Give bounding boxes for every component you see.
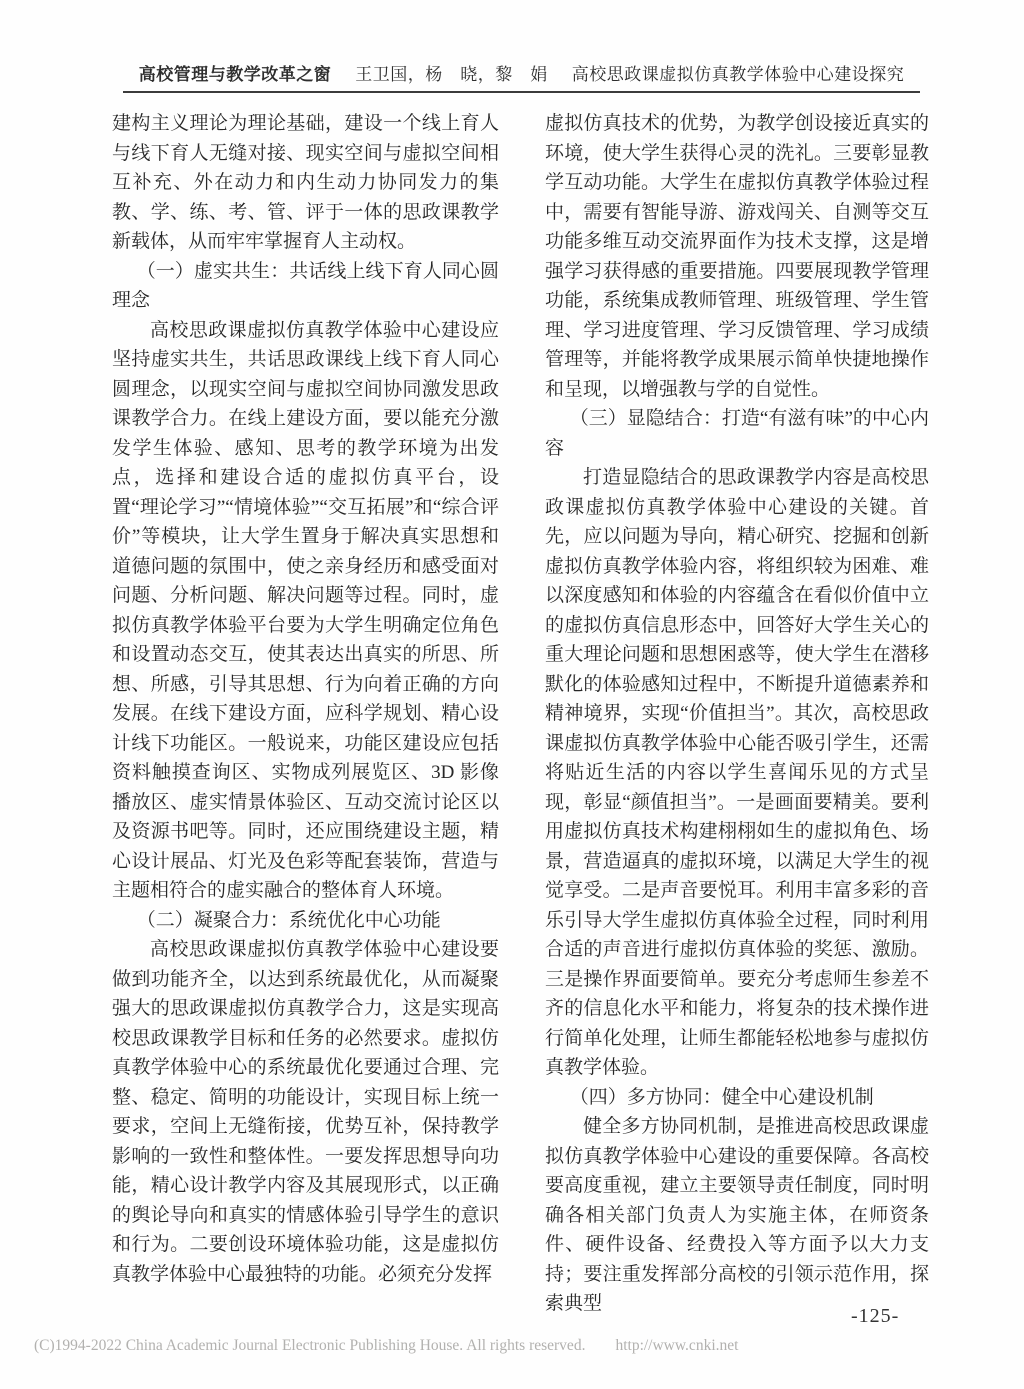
- copyright-footer: (C)1994-2022 China Academic Journal Elec…: [34, 1337, 738, 1355]
- author-names: 王卫国，杨 晓，黎 娟: [355, 65, 548, 84]
- section-heading: （二）凝聚合力：系统优化中心功能: [112, 906, 499, 936]
- right-text-column: 虚拟仿真技术的优势，为教学创设接近真实的环境，使大学生获得心灵的洗礼。三要彰显教…: [545, 109, 929, 1319]
- journal-column-label: 高校管理与教学改革之窗: [139, 65, 332, 84]
- section-heading: （四）多方协同：健全中心建设机制: [545, 1083, 929, 1113]
- body-paragraph: 高校思政课虚拟仿真教学体验中心建设要做到功能齐全，以达到系统最优化，从而凝聚强大…: [112, 935, 499, 1289]
- header-divider-rule: [123, 91, 920, 93]
- body-paragraph: 打造显隐结合的思政课教学内容是高校思政课虚拟仿真教学体验中心建设的关键。首先，应…: [545, 463, 929, 1083]
- section-heading: （一）虚实共生：共话线上线下育人同心圆理念: [112, 257, 499, 316]
- page-number: -125-: [851, 1305, 899, 1328]
- cnki-url-text: http://www.cnki.net: [615, 1337, 738, 1354]
- body-paragraph: 健全多方协同机制，是推进高校思政课虚拟仿真教学体验中心建设的重要保障。各高校要高…: [545, 1112, 929, 1319]
- copyright-text: (C)1994-2022 China Academic Journal Elec…: [34, 1337, 585, 1354]
- left-text-column: 建构主义理论为理论基础，建设一个线上育人与线下育人无缝对接、现实空间与虚拟空间相…: [112, 109, 499, 1289]
- body-paragraph: 虚拟仿真技术的优势，为教学创设接近真实的环境，使大学生获得心灵的洗礼。三要彰显教…: [545, 109, 929, 404]
- article-title: 高校思政课虚拟仿真教学体验中心建设探究: [572, 65, 905, 84]
- running-header: 高校管理与教学改革之窗王卫国，杨 晓，黎 娟高校思政课虚拟仿真教学体验中心建设探…: [123, 60, 920, 85]
- body-paragraph: 建构主义理论为理论基础，建设一个线上育人与线下育人无缝对接、现实空间与虚拟空间相…: [112, 109, 499, 257]
- section-heading: （三）显隐结合：打造“有滋有味”的中心内容: [545, 404, 929, 463]
- body-paragraph: 高校思政课虚拟仿真教学体验中心建设应坚持虚实共生，共话思政课线上线下育人同心圆理…: [112, 316, 499, 906]
